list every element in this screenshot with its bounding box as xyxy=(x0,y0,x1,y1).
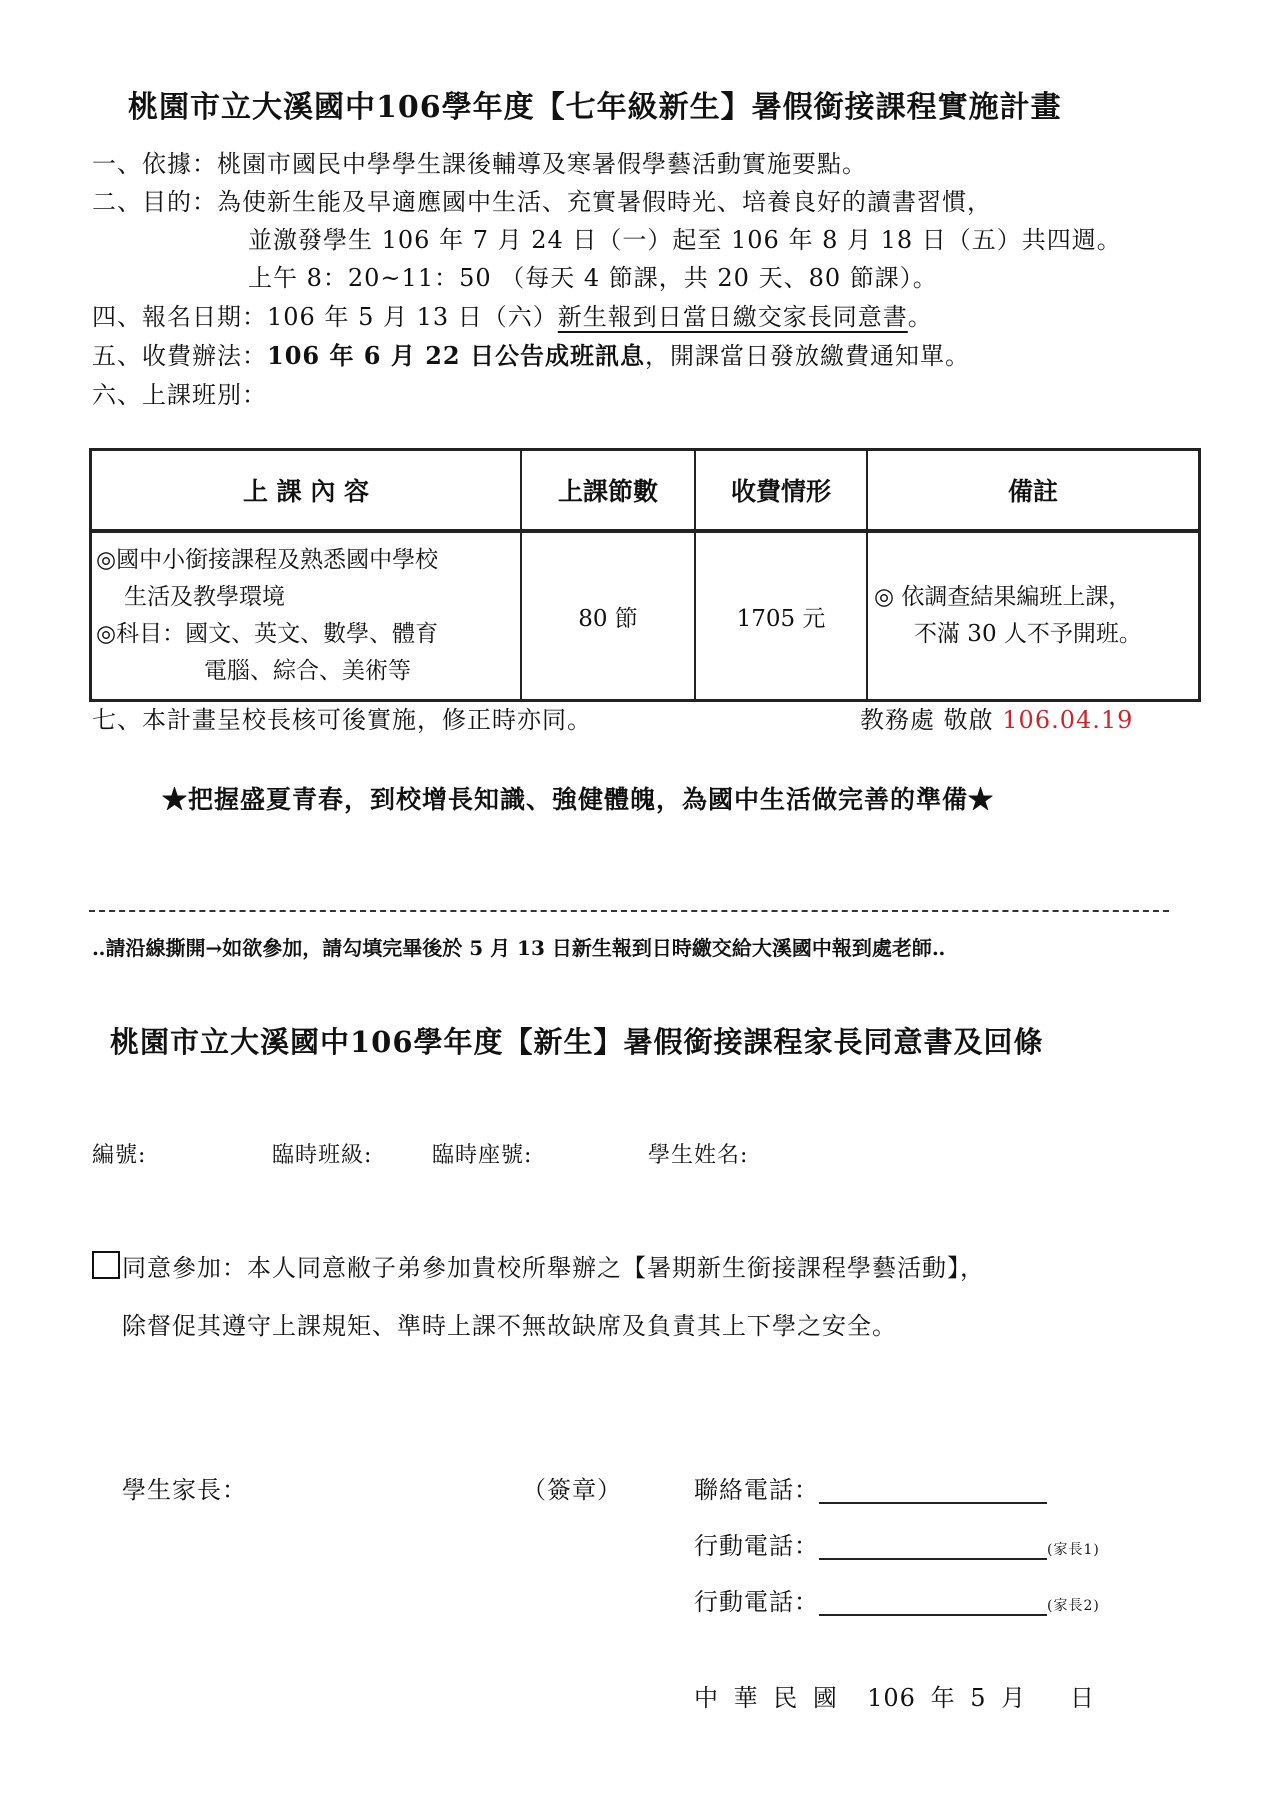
approval-text: 七、本計畫呈校長核可後實施，修正時亦同。 xyxy=(92,700,592,735)
issuer: 教務處 敬啟 xyxy=(860,706,994,734)
agree-checkbox[interactable] xyxy=(92,1251,120,1279)
register-date: 106 年 5 月 13 日（六） xyxy=(267,303,558,331)
table-header-row: 上 課 內 容 上課節數 收費情形 備註 xyxy=(91,450,1200,532)
header-note: 備註 xyxy=(867,450,1200,532)
mobile1-row: 行動電話：(家長1) xyxy=(694,1526,1100,1561)
consent-title: 桃園市立大溪國中106學年度【新生】暑假銜接課程家長同意書及回條 xyxy=(110,1020,1044,1061)
field-number[interactable]: 編號: xyxy=(92,1138,146,1169)
note-line: 不滿 30 人不予開班。 xyxy=(874,616,1197,653)
register-note: 新生報到日當日繳交家長同意書 xyxy=(558,303,908,331)
purpose-text-1: 為使新生能及早適應國中生活、充實暑假時光、培養良好的讀書習慣， xyxy=(217,188,992,216)
cell-note: ◎ 依調查結果編班上課， 不滿 30 人不予開班。 xyxy=(867,531,1200,701)
contact-phone-label: 聯絡電話： xyxy=(694,1476,819,1504)
mobile2-input[interactable] xyxy=(819,1590,1047,1616)
agree-line-2: 除督促其遵守上課規矩、準時上課不無故缺席及負責其上下學之安全。 xyxy=(122,1306,897,1341)
content-line: 電腦、綜合、美術等 xyxy=(96,653,516,690)
fee-text: ，開課當日發放繳費通知單。 xyxy=(645,342,970,370)
basis-text: 桃園市國民中學學生課後輔導及寒暑假學藝活動實施要點。 xyxy=(217,150,867,178)
issuer-line: 教務處 敬啟 106.04.19 xyxy=(860,700,1133,735)
register-label: 四、報名日期： xyxy=(92,303,267,331)
basis-label: 一、依據： xyxy=(92,150,217,178)
plan-title: 桃園市立大溪國中106學年度【七年級新生】暑假銜接課程實施計畫 xyxy=(128,82,1062,126)
slogan: ★把握盛夏青春，到校增長知識、強健體魄，為國中生活做完善的準備★ xyxy=(162,780,994,816)
issue-date: 106.04.19 xyxy=(1002,706,1133,734)
cell-sessions: 80 節 xyxy=(521,531,695,701)
tear-line xyxy=(89,910,1169,912)
table-row: ◎國中小銜接課程及熟悉國中學校 生活及教學環境 ◎科目：國文、英文、數學、體育 … xyxy=(91,531,1200,701)
course-table: 上 課 內 容 上課節數 收費情形 備註 ◎國中小銜接課程及熟悉國中學校 生活及… xyxy=(89,448,1201,702)
content-line: ◎科目：國文、英文、數學、體育 xyxy=(96,616,516,653)
header-content: 上 課 內 容 xyxy=(91,450,522,532)
content-line: 生活及教學環境 xyxy=(96,579,516,616)
register-line: 四、報名日期：106 年 5 月 13 日（六）新生報到日當日繳交家長同意書。 xyxy=(92,297,933,332)
mobile1-input[interactable] xyxy=(819,1534,1047,1560)
parent-label: 學生家長： xyxy=(122,1470,247,1505)
cell-content: ◎國中小銜接課程及熟悉國中學校 生活及教學環境 ◎科目：國文、英文、數學、體育 … xyxy=(91,531,522,701)
fee-announce: 106 年 6 月 22 日公告成班訊息 xyxy=(267,341,645,370)
contact-phone-input[interactable] xyxy=(819,1478,1047,1504)
signature-label: （簽章） xyxy=(522,1470,622,1505)
header-sessions: 上課節數 xyxy=(521,450,695,532)
agree-label: 同意參加：本人同意敝子弟參加貴校所舉辦之【暑期新生銜接課程學藝活動】， xyxy=(122,1254,985,1282)
purpose-line-1: 二、目的：為使新生能及早適應國中生活、充實暑假時光、培養良好的讀書習慣， xyxy=(92,182,992,217)
mobile2-row: 行動電話：(家長2) xyxy=(694,1582,1100,1617)
mobile1-note: (家長1) xyxy=(1047,1542,1100,1558)
date-line: 中 華 民 國 106 年 5 月 日 xyxy=(694,1678,1095,1713)
fee-label: 五、收費辦法： xyxy=(92,342,267,370)
tear-instruction: ‥請沿線撕開→如欲參加，請勾填完畢後於 5 月 13 日新生報到日時繳交給大溪國… xyxy=(92,932,945,961)
mobile2-label: 行動電話： xyxy=(694,1588,819,1616)
header-fee: 收費情形 xyxy=(695,450,867,532)
register-end: 。 xyxy=(908,303,933,331)
mobile1-label: 行動電話： xyxy=(694,1532,819,1560)
content-line: ◎國中小銜接課程及熟悉國中學校 xyxy=(96,542,516,579)
field-student-name[interactable]: 學生姓名: xyxy=(648,1138,748,1169)
purpose-line-3: 上午 8：20~11：50 （每天 4 節課，共 20 天、80 節課）。 xyxy=(248,258,938,293)
fee-line: 五、收費辦法：106 年 6 月 22 日公告成班訊息，開課當日發放繳費通知單。 xyxy=(92,336,970,371)
agree-line: 同意參加：本人同意敝子弟參加貴校所舉辦之【暑期新生銜接課程學藝活動】， xyxy=(92,1248,985,1283)
contact-phone-row: 聯絡電話： xyxy=(694,1470,1047,1505)
purpose-line-2: 並激發學生 106 年 7 月 24 日（一）起至 106 年 8 月 18 日… xyxy=(248,220,1122,255)
note-line: ◎ 依調查結果編班上課， xyxy=(874,579,1197,616)
cell-fee: 1705 元 xyxy=(695,531,867,701)
mobile2-note: (家長2) xyxy=(1047,1598,1100,1614)
field-temp-class[interactable]: 臨時班級: xyxy=(272,1138,372,1169)
purpose-label: 二、目的： xyxy=(92,188,217,216)
basis-line: 一、依據：桃園市國民中學學生課後輔導及寒暑假學藝活動實施要點。 xyxy=(92,144,867,179)
class-label: 六、上課班別： xyxy=(92,375,267,410)
field-temp-seat[interactable]: 臨時座號: xyxy=(432,1138,532,1169)
